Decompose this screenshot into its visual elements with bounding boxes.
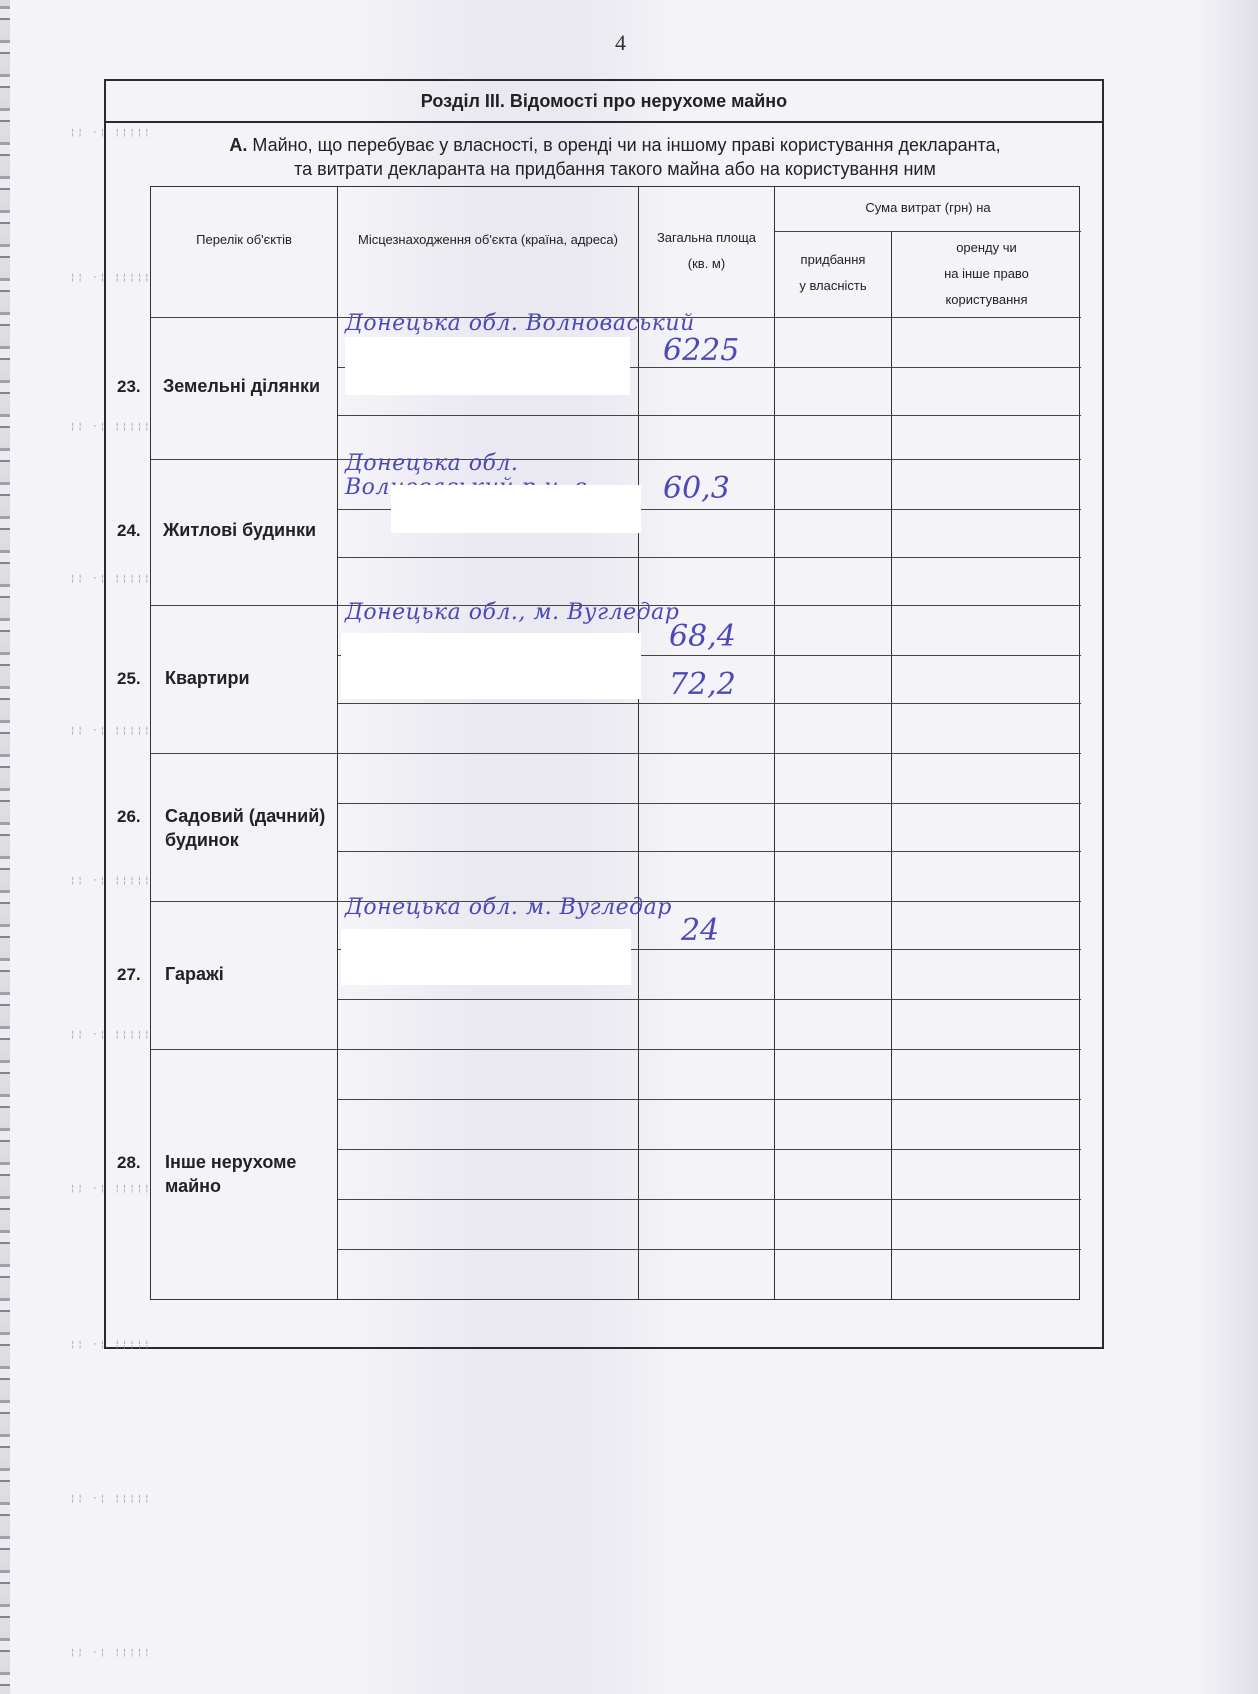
row-divider [151, 753, 1081, 754]
scan-noise: ¦¦ ·¦ ¦¦¦¦¦ [70, 1030, 152, 1040]
section-title: Розділ ІІІ. Відомості про нерухоме майно [104, 79, 1104, 123]
entry-line [338, 1099, 1081, 1100]
redaction-box [391, 485, 641, 533]
redaction-box [341, 633, 641, 699]
scan-noise: ¦¦ ·¦ ¦¦¦¦¦ [70, 1494, 152, 1504]
scan-noise: ¦¦ ·¦ ¦¦¦¦¦ [70, 273, 152, 283]
scan-noise: ¦¦ ·¦ ¦¦¦¦¦ [70, 876, 152, 886]
handwritten-area: 60,3 [663, 471, 730, 506]
handwritten-area: 24 [681, 913, 719, 948]
row-number-23: 23. [117, 377, 141, 397]
handwritten-location: Донецька обл. Волноваський [345, 311, 695, 336]
header-expenses: Сума витрат (грн) на [775, 195, 1081, 221]
redaction-box [345, 337, 630, 395]
row-number-25: 25. [117, 669, 141, 689]
scan-noise: ¦¦ ·¦ ¦¦¦¦¦ [70, 1340, 152, 1350]
col-divider [337, 187, 338, 1299]
header-location: Місцезнаходження об'єкта (країна, адреса… [338, 227, 638, 253]
scan-noise: ¦¦ ·¦ ¦¦¦¦¦ [70, 1184, 152, 1194]
redaction-box [341, 929, 631, 985]
row-divider [151, 1049, 1081, 1050]
row-label-other-property: Інше нерухомемайно [165, 1150, 296, 1198]
entry-line [338, 1249, 1081, 1250]
scan-noise: ¦¦ ·¦ ¦¦¦¦¦ [70, 128, 152, 138]
header-area: Загальна площа(кв. м) [639, 225, 774, 277]
scan-noise: ¦¦ ·¦ ¦¦¦¦¦ [70, 422, 152, 432]
handwritten-area: 68,4 [669, 619, 736, 654]
header-rent: оренду чина інше правокористування [892, 235, 1081, 313]
row-number-28: 28. [117, 1153, 141, 1173]
handwritten-location: Донецька обл., м. Вугледар [345, 600, 679, 625]
page-number: 4 [615, 30, 626, 56]
row-label-houses: Житлові будинки [163, 518, 316, 542]
subsection-line2: та витрати декларанта на придбання таког… [150, 157, 1080, 181]
entry-line [338, 803, 1081, 804]
row-number-27: 27. [117, 965, 141, 985]
col-divider [891, 231, 892, 1299]
entry-line [338, 1199, 1081, 1200]
subsection-heading: А. Майно, що перебуває у власності, в ор… [150, 133, 1080, 181]
row-number-24: 24. [117, 521, 141, 541]
entry-line [338, 1149, 1081, 1150]
scan-noise: ¦¦ ·¦ ¦¦¦¦¦ [70, 726, 152, 736]
col-divider [638, 187, 639, 1299]
entry-line [338, 703, 1081, 704]
handwritten-area: 6225 [663, 333, 739, 368]
entry-line [338, 851, 1081, 852]
subsection-letter: А. [229, 135, 247, 155]
handwritten-area: 72,2 [669, 667, 736, 702]
entry-line [338, 999, 1081, 1000]
row-label-garages: Гаражі [165, 962, 224, 986]
row-label-apartments: Квартири [165, 666, 250, 690]
handwritten-location: Донецька обл. м. Вугледар [345, 895, 672, 920]
entry-line [338, 557, 1081, 558]
real-estate-table: Перелік об'єктів Місцезнаходження об'єкт… [150, 186, 1080, 1300]
header-divider [774, 231, 1081, 232]
col-divider [774, 187, 775, 1299]
row-label-land: Земельні ділянки [163, 374, 320, 398]
scan-shadow [1198, 0, 1258, 1694]
scan-edge-artifact [0, 0, 10, 1694]
row-label-garden-house: Садовий (дачний)будинок [165, 804, 325, 852]
row-number-26: 26. [117, 807, 141, 827]
scan-noise: ¦¦ ·¦ ¦¦¦¦¦ [70, 1648, 152, 1658]
entry-line [338, 415, 1081, 416]
subsection-line1: Майно, що перебуває у власності, в оренд… [252, 135, 1000, 155]
scan-noise: ¦¦ ·¦ ¦¦¦¦¦ [70, 574, 152, 584]
header-objects: Перелік об'єктів [151, 227, 337, 253]
header-purchase: придбанняу власність [775, 247, 891, 299]
